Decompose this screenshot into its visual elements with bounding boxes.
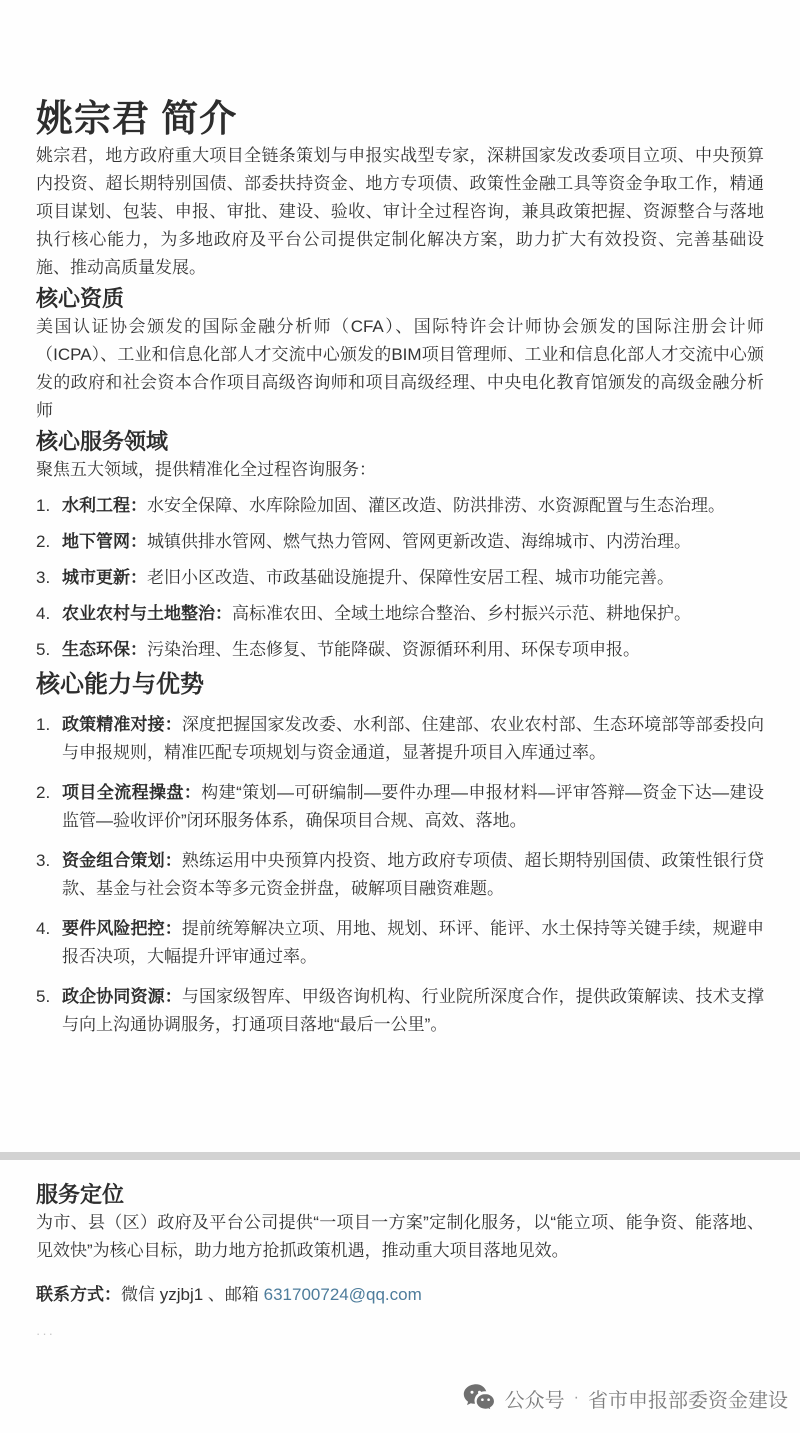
- section-heading-positioning: 服务定位: [36, 1178, 764, 1209]
- section-heading-service-areas: 核心服务领域: [36, 425, 764, 456]
- list-item: 1. 水利工程：水安全保障、水库除险加固、灌区改造、防洪排涝、水资源配置与生态治…: [36, 492, 764, 520]
- list-item: 4. 农业农村与土地整治：高标准农田、全域土地综合整治、乡村振兴示范、耕地保护。: [36, 600, 764, 628]
- item-text: 老旧小区改造、市政基础设施提升、保障性安居工程、城市功能完善。: [147, 568, 674, 587]
- item-text: 高标准农田、全域土地综合整治、乡村振兴示范、耕地保护。: [232, 604, 691, 623]
- account-label: 公众号: [505, 1384, 565, 1413]
- footer-text: 公众号 · 省市申报部委资金建设: [505, 1384, 788, 1413]
- service-areas-lead: 聚焦五大领域，提供精准化全过程咨询服务：: [36, 456, 764, 484]
- footer-bar: 公众号 · 省市申报部委资金建设: [0, 1383, 800, 1413]
- positioning-section: 服务定位 为市、县（区）政府及平台公司提供“一项目一方案”定制化服务，以“能立项…: [36, 1178, 764, 1341]
- item-body: 政企协同资源：与国家级智库、甲级咨询机构、行业院所深度合作，提供政策解读、技术支…: [62, 983, 764, 1039]
- list-item: 5. 生态环保：污染治理、生态修复、节能降碳、资源循环利用、环保专项申报。: [36, 636, 764, 664]
- list-item: 3. 城市更新：老旧小区改造、市政基础设施提升、保障性安居工程、城市功能完善。: [36, 564, 764, 592]
- item-label: 生态环保：: [62, 640, 147, 659]
- item-number: 4.: [36, 915, 62, 971]
- item-body: 地下管网：城镇供排水管网、燃气热力管网、管网更新改造、海绵城市、内涝治理。: [62, 528, 764, 556]
- item-number: 2.: [36, 528, 62, 556]
- section-heading-capabilities: 核心能力与优势: [36, 664, 764, 699]
- item-body: 农业农村与土地整治：高标准农田、全域土地综合整治、乡村振兴示范、耕地保护。: [62, 600, 764, 628]
- item-number: 2.: [36, 779, 62, 835]
- section-divider: [0, 1152, 800, 1160]
- document-page: 姚宗君 简介 姚宗君，地方政府重大项目全链条策划与申报实战型专家，深耕国家发改委…: [0, 0, 800, 1433]
- item-label: 资金组合策划：: [62, 851, 182, 870]
- contact-prefix: 微信 yzjbj1 、邮箱: [121, 1285, 264, 1304]
- item-number: 5.: [36, 983, 62, 1039]
- dot-separator: ·: [574, 1389, 579, 1407]
- service-areas-list: 1. 水利工程：水安全保障、水库除险加固、灌区改造、防洪排涝、水资源配置与生态治…: [36, 492, 764, 664]
- item-label: 水利工程：: [62, 496, 147, 515]
- list-item: 1. 政策精准对接：深度把握国家发改委、水利部、住建部、农业农村部、生态环境部等…: [36, 711, 764, 767]
- capabilities-list: 1. 政策精准对接：深度把握国家发改委、水利部、住建部、农业农村部、生态环境部等…: [36, 711, 764, 1039]
- item-body: 项目全流程操盘：构建“策划—可研编制—要件办理—申报材料—评审答辩—资金下达—建…: [62, 779, 764, 835]
- item-number: 3.: [36, 847, 62, 903]
- item-label: 城市更新：: [62, 568, 147, 587]
- item-body: 政策精准对接：深度把握国家发改委、水利部、住建部、农业农村部、生态环境部等部委投…: [62, 711, 764, 767]
- list-item: 3. 资金组合策划：熟练运用中央预算内投资、地方政府专项债、超长期特别国债、政策…: [36, 847, 764, 903]
- item-label: 农业农村与土地整治：: [62, 604, 232, 623]
- contact-line: 联系方式：微信 yzjbj1 、邮箱 631700724@qq.com: [36, 1281, 764, 1309]
- list-item: 5. 政企协同资源：与国家级智库、甲级咨询机构、行业院所深度合作，提供政策解读、…: [36, 983, 764, 1039]
- list-item: 2. 项目全流程操盘：构建“策划—可研编制—要件办理—申报材料—评审答辩—资金下…: [36, 779, 764, 835]
- item-text: 水安全保障、水库除险加固、灌区改造、防洪排涝、水资源配置与生态治理。: [147, 496, 725, 515]
- item-label: 政企协同资源：: [62, 987, 182, 1006]
- item-body: 城市更新：老旧小区改造、市政基础设施提升、保障性安居工程、城市功能完善。: [62, 564, 764, 592]
- item-body: 水利工程：水安全保障、水库除险加固、灌区改造、防洪排涝、水资源配置与生态治理。: [62, 492, 764, 520]
- item-body: 要件风险把控：提前统筹解决立项、用地、规划、环评、能评、水土保持等关键手续，规避…: [62, 915, 764, 971]
- section-heading-qualifications: 核心资质: [36, 282, 764, 313]
- wechat-icon: [463, 1383, 497, 1413]
- account-name: 省市申报部委资金建设: [588, 1384, 788, 1413]
- list-item: 2. 地下管网：城镇供排水管网、燃气热力管网、管网更新改造、海绵城市、内涝治理。: [36, 528, 764, 556]
- main-content: 姚宗君 简介 姚宗君，地方政府重大项目全链条策划与申报实战型专家，深耕国家发改委…: [0, 0, 800, 1039]
- intro-paragraph: 姚宗君，地方政府重大项目全链条策划与申报实战型专家，深耕国家发改委项目立项、中央…: [36, 142, 764, 282]
- item-number: 3.: [36, 564, 62, 592]
- faint-ellipsis: ···: [36, 1326, 764, 1341]
- contact-label: 联系方式：: [36, 1285, 121, 1304]
- item-number: 1.: [36, 711, 62, 767]
- list-item: 4. 要件风险把控：提前统筹解决立项、用地、规划、环评、能评、水土保持等关键手续…: [36, 915, 764, 971]
- item-text: 污染治理、生态修复、节能降碳、资源循环利用、环保专项申报。: [147, 640, 640, 659]
- item-number: 4.: [36, 600, 62, 628]
- qualifications-paragraph: 美国认证协会颁发的国际金融分析师（CFA）、国际特许会计师协会颁发的国际注册会计…: [36, 313, 764, 425]
- item-label: 政策精准对接：: [62, 715, 182, 734]
- item-body: 生态环保：污染治理、生态修复、节能降碳、资源循环利用、环保专项申报。: [62, 636, 764, 664]
- contact-email-link[interactable]: 631700724@qq.com: [264, 1285, 422, 1304]
- item-label: 地下管网：: [62, 532, 147, 551]
- item-text: 城镇供排水管网、燃气热力管网、管网更新改造、海绵城市、内涝治理。: [147, 532, 691, 551]
- item-body: 资金组合策划：熟练运用中央预算内投资、地方政府专项债、超长期特别国债、政策性银行…: [62, 847, 764, 903]
- item-label: 要件风险把控：: [62, 919, 182, 938]
- item-number: 1.: [36, 492, 62, 520]
- page-title: 姚宗君 简介: [36, 0, 764, 142]
- item-number: 5.: [36, 636, 62, 664]
- positioning-paragraph: 为市、县（区）政府及平台公司提供“一项目一方案”定制化服务，以“能立项、能争资、…: [36, 1209, 764, 1265]
- item-label: 项目全流程操盘：: [62, 783, 201, 802]
